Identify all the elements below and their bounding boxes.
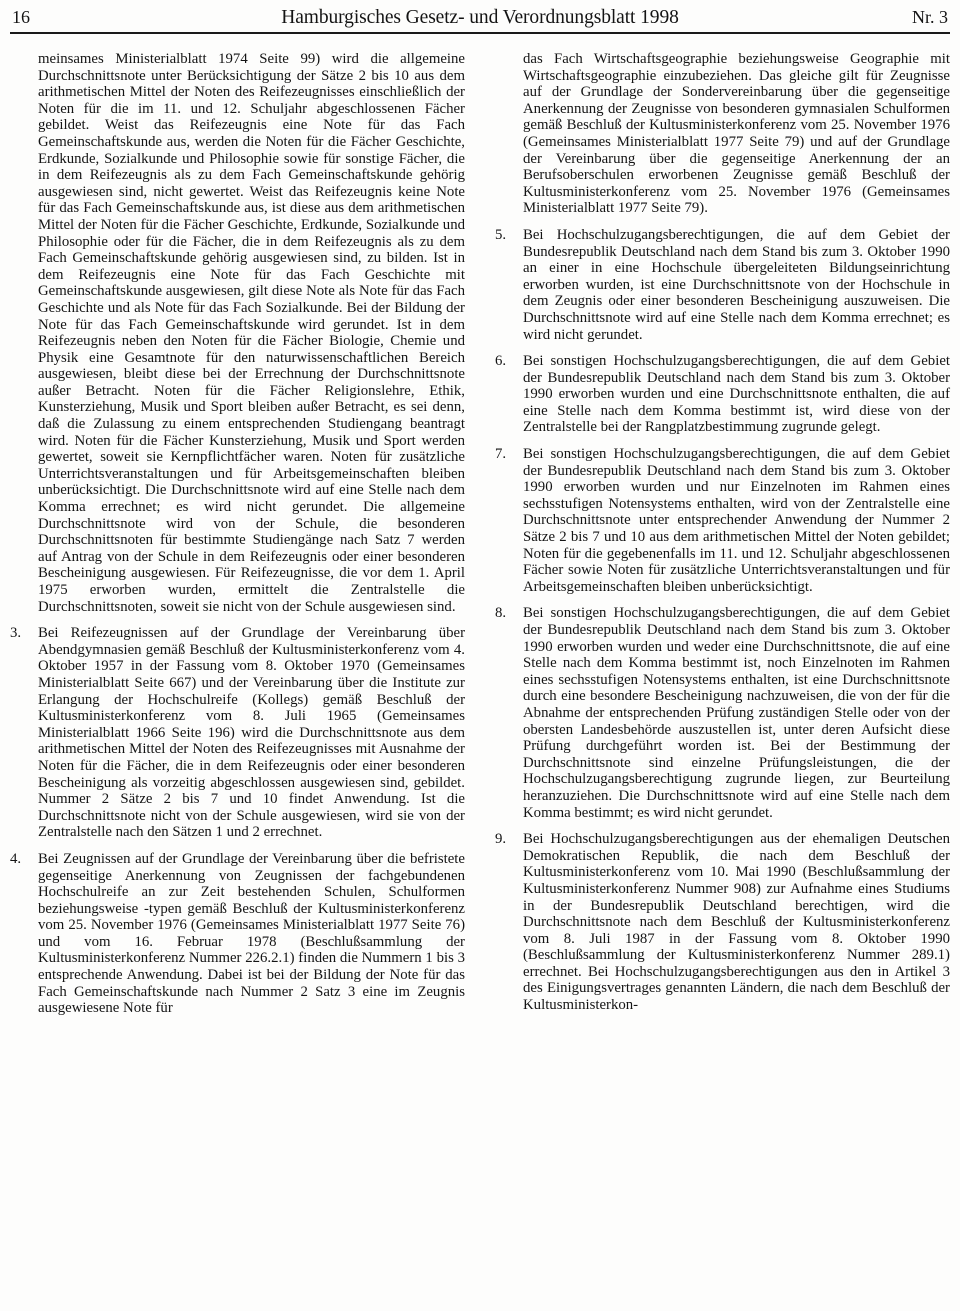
list-item-8: 8. Bei sonstigen Hochschulzugangsberecht… [495, 605, 950, 821]
paragraph-continuation: meinsames Ministerialblatt 1974 Seite 99… [38, 51, 465, 615]
list-item-number: 5. [495, 227, 523, 343]
list-item-text: Bei Hochschulzugangsberechtigungen, die … [523, 227, 950, 343]
list-item-text: Bei sonstigen Hochschulzugangsberechtigu… [523, 605, 950, 821]
list-item-text: Bei sonstigen Hochschulzugangsberechtigu… [523, 353, 950, 436]
page-title: Hamburgisches Gesetz- und Verordnungsbla… [102, 7, 858, 29]
list-item-number: 7. [495, 446, 523, 595]
left-column: meinsames Ministerialblatt 1974 Seite 99… [10, 51, 465, 1017]
list-item-text: Bei Reifezeugnissen auf der Grundlage de… [38, 625, 465, 841]
list-item-text: Bei sonstigen Hochschulzugangsberechtigu… [523, 446, 950, 595]
list-item-6: 6. Bei sonstigen Hochschulzugangsberecht… [495, 353, 950, 436]
page-number: 16 [12, 7, 102, 28]
list-item-number: 3. [10, 625, 38, 841]
text-columns: meinsames Ministerialblatt 1974 Seite 99… [10, 34, 950, 1017]
list-item-text: Bei Hochschulzugangsberechtigungen aus d… [523, 831, 950, 1014]
list-item-5: 5. Bei Hochschulzugangsberechtigungen, d… [495, 227, 950, 343]
document-page: 16 Hamburgisches Gesetz- und Verordnungs… [0, 0, 960, 1311]
list-item-number: 4. [10, 851, 38, 1017]
list-item-number: 9. [495, 831, 523, 1014]
list-item-3: 3. Bei Reifezeugnissen auf der Grundlage… [10, 625, 465, 841]
issue-number: Nr. 3 [858, 7, 948, 28]
list-item-number: 8. [495, 605, 523, 821]
list-item-7: 7. Bei sonstigen Hochschulzugangsberecht… [495, 446, 950, 595]
list-item-9: 9. Bei Hochschulzugangsberechtigungen au… [495, 831, 950, 1014]
paragraph-continuation: das Fach Wirtschaftsgeographie beziehung… [523, 51, 950, 217]
right-column: das Fach Wirtschaftsgeographie beziehung… [495, 51, 950, 1017]
list-item-number: 6. [495, 353, 523, 436]
page-header: 16 Hamburgisches Gesetz- und Verordnungs… [10, 0, 950, 34]
list-item-text: Bei Zeugnissen auf der Grundlage der Ver… [38, 851, 465, 1017]
list-item-4: 4. Bei Zeugnissen auf der Grundlage der … [10, 851, 465, 1017]
